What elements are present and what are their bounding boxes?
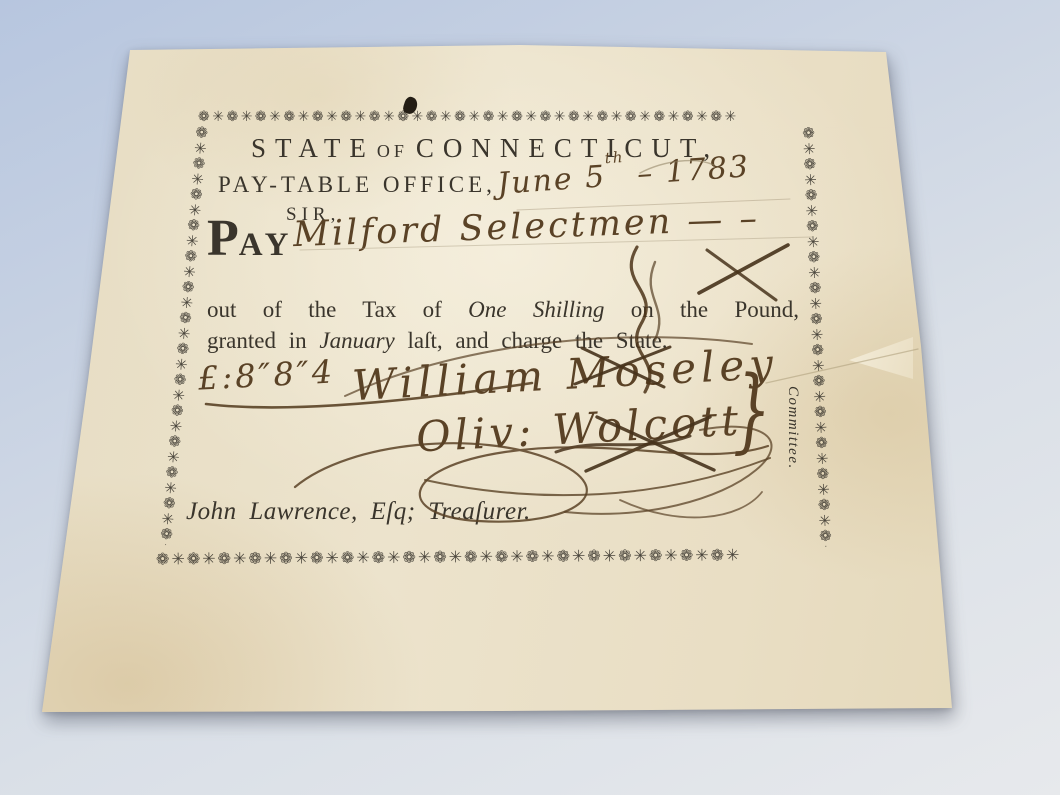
- amount-figures-handwritten: 8/4: [565, 0, 636, 41]
- signature-oliver-wolcott: Oliv: Wolcott: [415, 395, 743, 461]
- granted-line-emphasis: January: [319, 328, 394, 353]
- tax-line-part2: on the Pound,: [631, 297, 799, 322]
- title-state-word: STATE: [251, 133, 375, 163]
- pay-word: PAY: [207, 213, 293, 265]
- tax-line: out of the Tax of One Shilling on the Po…: [207, 296, 799, 324]
- decorative-border-bottom: ❁✳❁✳❁✳❁✳❁✳❁✳❁✳❁✳❁✳❁✳❁✳❁✳❁✳❁✳❁✳❁✳❁✳❁✳❁✳: [156, 542, 856, 574]
- title-of-word: OF: [377, 141, 408, 161]
- treasurer-line: John Lawrence, Eſq; Treaſurer.: [186, 498, 531, 526]
- tax-line-part1: out of the Tax of: [207, 297, 442, 322]
- pay-initial: P: [207, 210, 239, 267]
- paper-crease: [849, 337, 913, 379]
- date-month-day: June 5: [496, 159, 607, 202]
- tax-line-emphasis: One Shilling: [468, 297, 604, 322]
- photo-background: ❁✳❁✳❁✳❁✳❁✳❁✳❁✳❁✳❁✳❁✳❁✳❁✳❁✳❁✳❁✳❁✳❁✳❁✳❁✳ ❁…: [0, 0, 1060, 795]
- paper-shadow: ❁✳❁✳❁✳❁✳❁✳❁✳❁✳❁✳❁✳❁✳❁✳❁✳❁✳❁✳❁✳❁✳❁✳❁✳❁✳ ❁…: [0, 0, 1060, 795]
- amount-words-handwritten: Eight pounds eight shillings: [0, 0, 497, 44]
- document-paper: ❁✳❁✳❁✳❁✳❁✳❁✳❁✳❁✳❁✳❁✳❁✳❁✳❁✳❁✳❁✳❁✳❁✳❁✳❁✳ ❁…: [0, 0, 1060, 795]
- date-year: – 1783: [636, 149, 751, 192]
- office-line: PAY-TABLE OFFICE,: [218, 172, 496, 198]
- pay-rest: AY: [239, 227, 294, 263]
- payee-handwritten: Milford Selectmen — –: [292, 199, 760, 255]
- granted-line-part1: granted in: [207, 328, 307, 353]
- decorative-border-top: ❁✳❁✳❁✳❁✳❁✳❁✳❁✳❁✳❁✳❁✳❁✳❁✳❁✳❁✳❁✳❁✳❁✳❁✳❁✳: [198, 108, 842, 127]
- committee-label: Committee.: [784, 386, 801, 470]
- date-superscript: th: [604, 148, 625, 167]
- amount-notation-handwritten: £:8″8″4: [197, 352, 336, 397]
- amount-line: Eight pounds eight shillings 8/4: [0, 0, 637, 55]
- ink-brace: }: [733, 356, 771, 463]
- decorative-border-right: ❁✳❁✳❁✳❁✳❁✳❁✳❁✳❁✳❁✳❁✳❁✳❁✳❁✳❁✳: [802, 126, 841, 548]
